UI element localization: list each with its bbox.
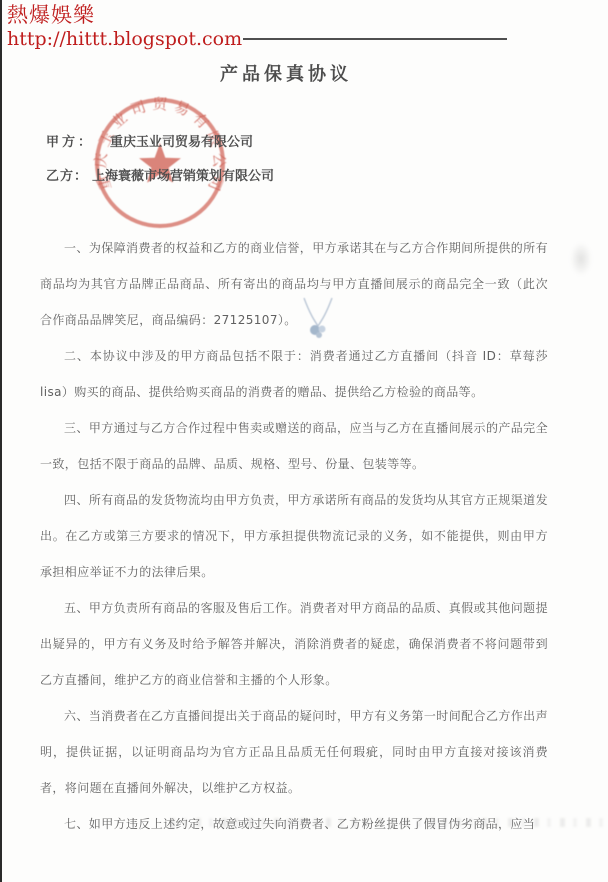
clause-paragraph-2: 二、本协议中涉及的甲方商品包括不限于：消费者通过乙方直播间（抖音 ID：草莓莎l… bbox=[40, 338, 548, 410]
parties-block: 甲方：重庆玉业司贸易有限公司 乙方：上海寰薇市场营销策划有限公司 bbox=[46, 131, 274, 199]
scanned-document-page: 熱爆娛樂 http://hittt.blogspot.com 产品保真协议 重庆… bbox=[0, 0, 608, 882]
document-title: 产品保真协议 bbox=[220, 60, 352, 86]
clause-paragraph-5: 五、甲方负责所有商品的客服及售后工作。消费者对甲方商品的品质、真假或其他问题提出… bbox=[40, 590, 548, 698]
party-a-label: 甲方： bbox=[46, 135, 94, 150]
chain-left bbox=[304, 298, 318, 326]
party-b-row: 乙方：上海寰薇市场营销策划有限公司 bbox=[46, 165, 274, 199]
chain-right bbox=[318, 298, 332, 326]
clause-paragraph-4: 四、所有商品的发货物流均由甲方负责，甲方承诺所有商品的发货均从其官方正规渠道发出… bbox=[40, 482, 548, 590]
pendant-stone-medium bbox=[319, 326, 326, 333]
scan-speckle-artifact bbox=[170, 818, 608, 827]
scan-smudge-artifact bbox=[570, 242, 592, 276]
necklace-pendant-image bbox=[296, 296, 340, 348]
pendant-stone-small bbox=[316, 332, 322, 338]
watermark-site-name: 熱爆娛樂 bbox=[7, 4, 242, 27]
clauses-section: 一、为保障消费者的权益和乙方的商业信誉，甲方承诺其在与乙方合作期间所提供的所有商… bbox=[40, 230, 548, 842]
watermark-site-url: http://hittt.blogspot.com bbox=[7, 29, 242, 50]
party-a-row: 甲方：重庆玉业司贸易有限公司 bbox=[46, 131, 274, 165]
left-border-line bbox=[0, 0, 2, 882]
party-b-label: 乙方： bbox=[46, 169, 88, 184]
clause-paragraph-6: 六、当消费者在乙方直播间提出关于商品的疑问时，甲方有义务第一时间配合乙方作出声明… bbox=[40, 698, 548, 806]
watermark-block: 熱爆娛樂 http://hittt.blogspot.com bbox=[7, 4, 242, 50]
top-divider-line bbox=[243, 38, 507, 40]
party-b-name: 上海寰薇市场营销策划有限公司 bbox=[92, 169, 274, 184]
clause-paragraph-1: 一、为保障消费者的权益和乙方的商业信誉，甲方承诺其在与乙方合作期间所提供的所有商… bbox=[40, 230, 548, 338]
party-a-name: 重庆玉业司贸易有限公司 bbox=[110, 135, 253, 150]
clause-paragraph-3: 三、甲方通过与乙方合作过程中售卖或赠送的商品，应当与乙方在直播间展示的产品完全一… bbox=[40, 410, 548, 482]
